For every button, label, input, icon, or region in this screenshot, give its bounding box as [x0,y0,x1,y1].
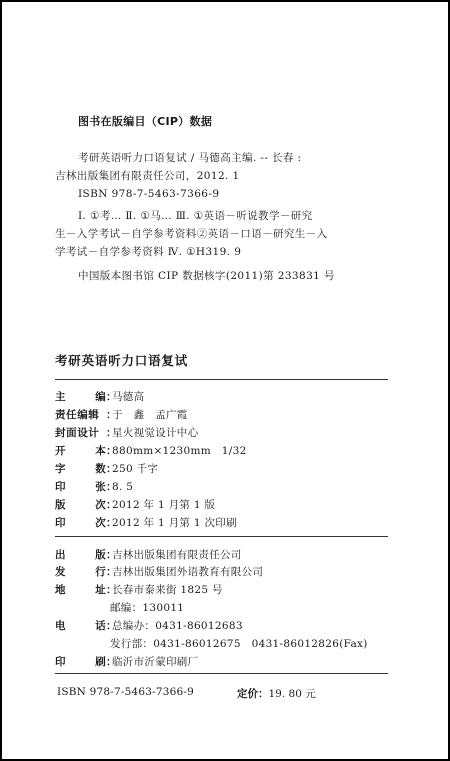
label-char: 行 [95,564,106,580]
publisher-value: 临沂市沂蒙印刷厂 [112,654,198,670]
label-char: 本 [95,443,106,459]
label-char: 刷 [95,654,106,670]
book-title: 考研英语听力口语复试 [55,351,188,369]
label-char: 印 [55,515,66,531]
credit-row-responsible-editor: 责任编辑 ： 于 鑫 孟广霞 [55,407,188,423]
credit-value: 星火视觉设计中心 [112,425,198,441]
credit-label: 开 本 [55,443,106,459]
credit-label: 版 次 [55,497,106,513]
credit-row-edition: 版 次 ： 2012 年 1 月第 1 版 [55,497,215,513]
label-char: 话 [95,618,106,634]
publisher-value: 吉林出版集团外语教育有限公司 [112,564,263,580]
credit-label: 字 数 [55,461,106,477]
divider-rule [55,536,388,537]
cip-line: 吉林出版集团有限责任公司，2012. 1 [55,169,240,183]
credit-value: 880mm×1230mm 1/32 [112,443,247,459]
label-char: 封面设计 [55,425,99,441]
credit-label: 封面设计 [55,425,106,441]
price-label: 定价 [237,686,258,701]
label-char: 张 [95,479,106,495]
publisher-row-distributor: 发 行 ： 吉林出版集团外语教育有限公司 [55,564,263,580]
price: 定价 ： 19. 80 元 [237,686,316,701]
label-char: 字 [55,461,66,477]
credit-value: 2012 年 1 月第 1 版 [112,497,215,513]
credit-value: 2012 年 1 月第 1 次印刷 [112,515,237,531]
credit-value: 250 千字 [112,461,158,477]
credit-row-word-count: 字 数 ： 250 千字 [55,461,158,477]
cip-heading: 图书在版编目（CIP）数据 [78,113,212,129]
publisher-label: 印 刷 [55,654,106,670]
label-char: 编 [95,389,106,405]
label-char: 址 [95,582,106,598]
publisher-row-address: 地 址 ： 长春市泰来街 1825 号 [55,582,223,598]
credit-value: 8. 5 [112,479,133,495]
publisher-value: 长春市泰来街 1825 号 [112,582,223,598]
label-char: 印 [55,654,66,670]
credit-label: 印 张 [55,479,106,495]
publisher-value: 吉林出版集团有限责任公司 [112,547,242,563]
credit-row-printing: 印 次 ： 2012 年 1 月第 1 次印刷 [55,515,237,531]
credit-label: 主 编 [55,389,106,405]
label-char: 版 [55,497,66,513]
cip-line: ISBN 978-7-5463-7366-9 [78,187,219,201]
label-char: 出 [55,547,66,563]
publisher-row-postcode: 邮编：130011 [110,600,184,616]
publisher-value: 发行部：0431-86012675 0431-86012826(Fax) [110,636,368,652]
credit-row-print-sheets: 印 张 ： 8. 5 [55,479,133,495]
cip-line: 生－入学考试－自学参考资料②英语－口语－研究生－入 [55,227,328,241]
publisher-value: 总编办：0431-86012683 [112,618,243,634]
label-char: 数 [95,461,106,477]
label-char: 地 [55,582,66,598]
cip-line: Ⅰ. ①考… Ⅱ. ①马… Ⅲ. ①英语－听说教学－研究 [78,209,313,223]
credit-value: 马德高 [112,389,144,405]
label-char: 发 [55,564,66,580]
divider-rule [55,673,388,674]
publisher-row-distribution-phone: 发行部：0431-86012675 0431-86012826(Fax) [110,636,368,652]
label-char: 主 [55,389,66,405]
price-value: 19. 80 元 [269,686,316,701]
label-char: 责任编辑 [55,407,99,423]
colon: ： [258,686,269,701]
label-char: 印 [55,479,66,495]
label-char: 开 [55,443,66,459]
divider-rule [55,379,388,380]
label-char: 次 [95,497,106,513]
label-char: 次 [95,515,106,531]
publisher-row-phone: 电 话 ： 总编办：0431-86012683 [55,618,243,634]
publisher-label: 电 话 [55,618,106,634]
credit-value: 于 鑫 孟广霞 [112,407,188,423]
cip-data-number: 中国版本图书馆 CIP 数据核字(2011)第 233831 号 [78,269,335,283]
credit-row-cover-design: 封面设计 ： 星火视觉设计中心 [55,425,198,441]
label-char: 版 [95,547,106,563]
footer-isbn: ISBN 978-7-5463-7366-9 [57,686,194,698]
credit-row-format: 开 本 ： 880mm×1230mm 1/32 [55,443,247,459]
publisher-value: 邮编：130011 [110,600,184,616]
credit-row-chief-editor: 主 编 ： 马德高 [55,389,144,405]
label-char: 电 [55,618,66,634]
cip-line: 考研英语听力口语复试 / 马德高主编. -- 长春 : [78,151,302,165]
publisher-label: 发 行 [55,564,106,580]
publisher-label: 出 版 [55,547,106,563]
publisher-row-publisher: 出 版 ： 吉林出版集团有限责任公司 [55,547,242,563]
credit-label: 印 次 [55,515,106,531]
credit-label: 责任编辑 [55,407,106,423]
publisher-row-printer: 印 刷 ： 临沂市沂蒙印刷厂 [55,654,198,670]
copyright-page: 图书在版编目（CIP）数据 考研英语听力口语复试 / 马德高主编. -- 长春 … [0,0,450,761]
publisher-label: 地 址 [55,582,106,598]
cip-line: 学考试－自学参考资料 Ⅳ. ①H319. 9 [55,245,241,259]
